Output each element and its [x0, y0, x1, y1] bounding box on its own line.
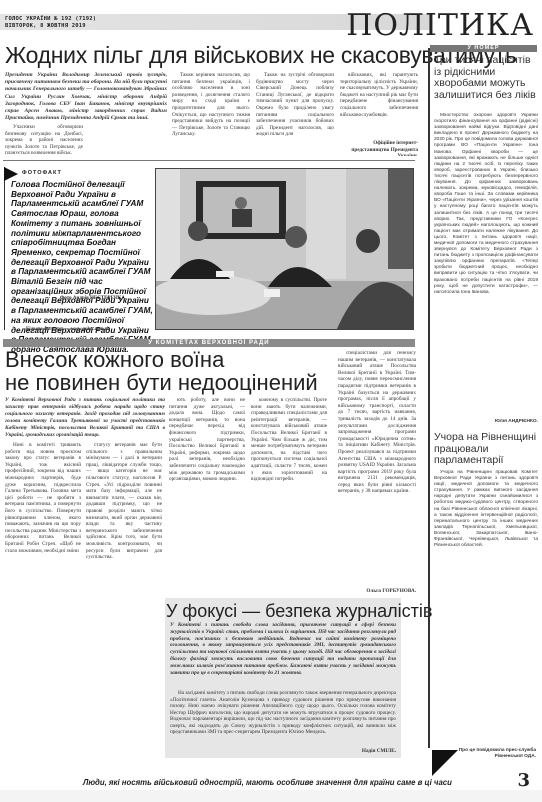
- sidebar-story2-body: Учора на Рівненщині працював Комітет Вер…: [434, 470, 538, 746]
- date-line: ВІВТОРОК, 8 ЖОВТНЯ 2019: [5, 23, 86, 29]
- article2-col5: спеціалістами для ґенезису нашим ветеран…: [338, 350, 416, 585]
- article1-lead: Президент України Володимир Зеленський п…: [5, 72, 167, 120]
- flag-icon: [4, 167, 18, 181]
- article2-col4: кожному в суспільстві. Проте вони мають …: [251, 397, 327, 592]
- article2-col3-text: ють роботу, але вони не питання дуже акт…: [169, 397, 245, 483]
- photo-illustration: [156, 169, 414, 330]
- article1-col3: Також на зустрічі обговорили будівництво…: [256, 72, 334, 156]
- page-number: 3: [517, 770, 530, 791]
- newspaper-page: ГОЛОС УКРАЇНИ № 192 (7192) ВІВТОРОК, 8 Ж…: [0, 0, 542, 790]
- committees-banner: У КОМІТЕТАХ ВЕРХОВНОЇ РАДИ: [3, 339, 415, 347]
- article2-col5-text: спеціалістами для ґенезису нашим ветеран…: [338, 350, 416, 495]
- article1-col1-text: Учасники обговорили безпекову ситуацію н…: [5, 124, 83, 154]
- article2-col2: статусу ветеранів має бути спільного з п…: [86, 442, 162, 772]
- photofact-border: [4, 167, 5, 330]
- article3-lead: У Комітеті з питань свободи слова засіда…: [170, 622, 396, 690]
- article1-signature: Офіційне інтернет-представництво Президе…: [340, 140, 418, 156]
- sidebar-story1-headline: Три тисячі пацієнтів із рідкісними хворо…: [434, 55, 538, 101]
- article1-col4: військових, які гарантують територіальну…: [340, 72, 418, 136]
- article2-col2-text: статусу ветеранів має бути спільного з п…: [86, 442, 162, 561]
- issue-line: ГОЛОС УКРАЇНИ № 192 (7192): [5, 16, 96, 22]
- article1-col1: Учасники обговорили безпекову ситуацію н…: [5, 124, 83, 154]
- article2-signature: Ольга ГОРБУНОВА.: [338, 588, 416, 596]
- sidebar-story1-text: Міністерство охорони здоров'я України ск…: [434, 113, 538, 296]
- more-photos-link[interactable]: Більше фото тут — www.golos.com.ua: [26, 327, 110, 332]
- article2-col4-text: кожному в суспільстві. Проте вони мають …: [251, 397, 327, 483]
- photo-credit: Фото Андрія НЕСТЕРЕНКА.: [60, 296, 126, 301]
- sidebar-story2-signature: Про це повідомила прес-служба Рівненсько…: [450, 748, 536, 760]
- sidebar-story2-text: Учора на Рівненщині працював Комітет Вер…: [434, 470, 538, 549]
- footer-quote: Люди, які носять військовий однострій, м…: [83, 778, 452, 787]
- sidebar-story1-signature: Юлія АНДРІЄНКО.: [434, 419, 538, 427]
- sidebar-story2-headline: Учора на Рівненщині працювали парламента…: [434, 432, 538, 467]
- article2-lead: У Комітеті Верховної Ради з питань соціа…: [5, 397, 165, 439]
- article1-col2: Також керівник наголосив, що питання без…: [172, 72, 250, 156]
- article3-headline: У фокусі — безпека журналістів: [166, 601, 432, 622]
- article2-col1: Нині в комітеті тривають роботи над нови…: [5, 442, 81, 772]
- article1-col4-text: військових, які гарантують територіальну…: [340, 72, 418, 118]
- article2-headline-line2: не повинен бути недооцінений: [5, 371, 318, 394]
- article3-body-text: На засіданні комітету з питань свободи с…: [170, 690, 396, 736]
- section-title: ПОЛІТИКА: [346, 8, 534, 43]
- sidebar-tag: У НОМЕР: [430, 45, 537, 52]
- article2-headline-line1: Внесок кожного воїна: [5, 348, 318, 371]
- article2-col3: ють роботу, але вони не питання дуже акт…: [169, 397, 245, 592]
- article2-headline: Внесок кожного воїна не повинен бути нед…: [5, 348, 318, 394]
- article3-body: На засіданні комітету з питань свободи с…: [170, 690, 396, 746]
- photofact-label: ФОТОФАКТ: [22, 170, 62, 176]
- article2-col1-text: Нині в комітеті тривають роботи над нови…: [5, 442, 81, 554]
- article1-col3-text: Також на зустрічі обговорили будівництво…: [256, 72, 334, 138]
- press-photo: [155, 168, 414, 330]
- divider: [3, 160, 415, 161]
- article1-col2-text: Також керівник наголосив, що питання без…: [172, 72, 250, 138]
- article3-signature: Надія СМІЛЕ.: [170, 748, 396, 756]
- sidebar-story1-body: Міністерство охорони здоров'я України ск…: [434, 113, 538, 418]
